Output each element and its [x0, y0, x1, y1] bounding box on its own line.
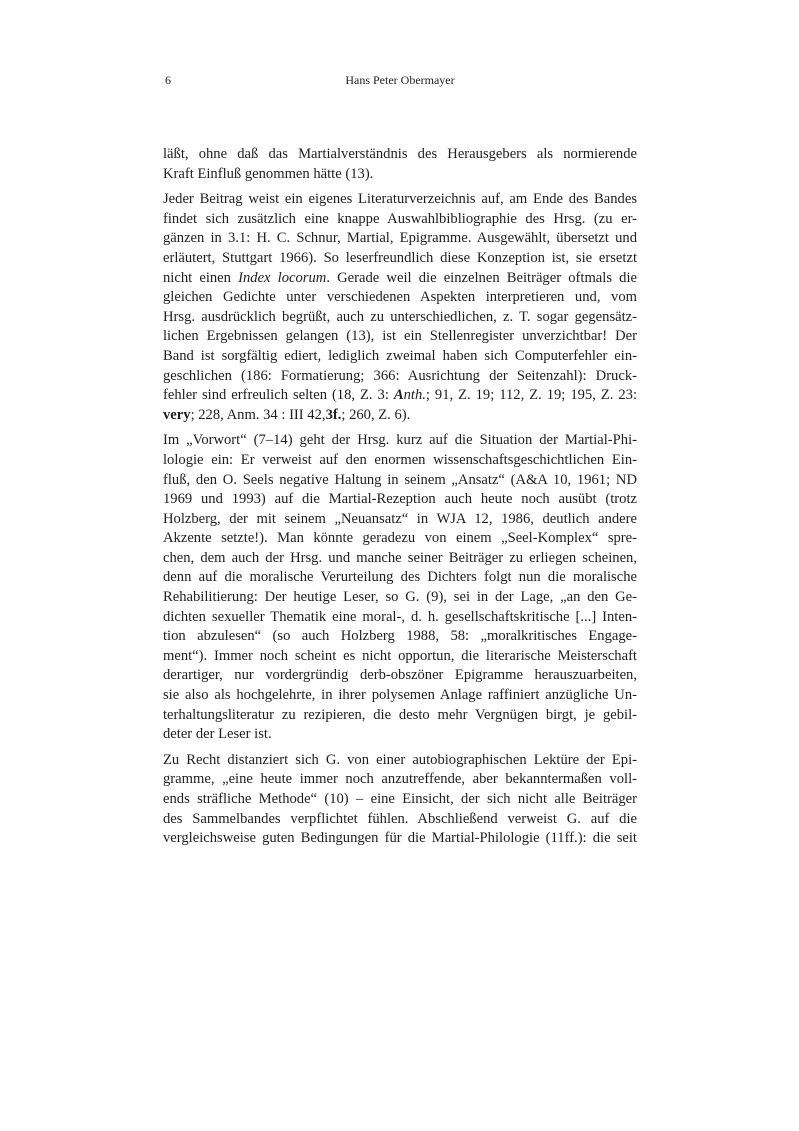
- text-line: Jeder Beitrag weist ein eigenes Literatu…: [163, 190, 637, 210]
- text-line: dichten sexueller Thematik eine moral-, …: [163, 608, 637, 628]
- text-segment: ; 91, Z. 19; 112, Z. 19; 195, Z. 23:: [426, 387, 637, 403]
- text-line: Im „Vorwort“ (7–14) geht der Hrsg. kurz …: [163, 431, 637, 451]
- text-line: Rehabilitierung: Der heutige Leser, so G…: [163, 588, 637, 608]
- text-line: 1969 und 1993) auf die Martial-Rezeption…: [163, 490, 637, 510]
- text-line: gramme, „eine heute immer noch anzutreff…: [163, 770, 637, 790]
- body-text: läßt, ohne daß das Martialverständnis de…: [163, 145, 637, 855]
- text-line: fluß, den O. Seels negative Haltung in s…: [163, 471, 637, 491]
- typo-bold-letter: A: [394, 387, 404, 403]
- text-line: derartiger, nur vordergründig derb-obszö…: [163, 666, 637, 686]
- running-header: 6 Hans Peter Obermayer: [163, 72, 637, 88]
- text-segment: nicht einen: [163, 270, 238, 286]
- text-line: Zu Recht distanziert sich G. von einer a…: [163, 751, 637, 771]
- text-line: tion abzulesen“ (so auch Holzberg 1988, …: [163, 627, 637, 647]
- text-segment: ; 260, Z. 6).: [341, 407, 410, 423]
- paragraph: Zu Recht distanziert sich G. von einer a…: [163, 751, 637, 849]
- paragraph: Jeder Beitrag weist ein eigenes Literatu…: [163, 190, 637, 425]
- text-line: Holzberg, der mit seinem „Neuansatz“ in …: [163, 510, 637, 530]
- text-line: Akzente setzte!). Man könnte geradezu vo…: [163, 529, 637, 549]
- text-line: gleichen Gedichte unter verschiedenen As…: [163, 288, 637, 308]
- typo-bold-word: very: [163, 407, 191, 423]
- running-title: Hans Peter Obermayer: [163, 72, 637, 88]
- text-line: Kraft Einfluß genommen hätte (13).: [163, 165, 637, 185]
- text-line: geschlichen (186: Formatierung; 366: Aus…: [163, 367, 637, 387]
- text-line: erläutert, Stuttgart 1966). So leserfreu…: [163, 249, 637, 269]
- text-line: läßt, ohne daß das Martialverständnis de…: [163, 145, 637, 165]
- italic-abbrev: nth.: [404, 387, 426, 403]
- paragraph: läßt, ohne daß das Martialverständnis de…: [163, 145, 637, 184]
- text-line: lichen Ergebnissen gelangen (13), ist ei…: [163, 327, 637, 347]
- text-line: des Sammelbandes verpflichtet fühlen. Ab…: [163, 810, 637, 830]
- text-line: ment“). Immer noch scheint es nicht oppo…: [163, 647, 637, 667]
- text-segment: fehler sind erfreulich selten (18, Z. 3:: [163, 387, 394, 403]
- text-line: denn auf die moralische Verurteilung des…: [163, 568, 637, 588]
- text-line: deter der Leser ist.: [163, 725, 637, 745]
- text-line: nicht einen Index locorum. Gerade weil d…: [163, 269, 637, 289]
- paragraph: Im „Vorwort“ (7–14) geht der Hrsg. kurz …: [163, 431, 637, 745]
- text-line: ends sträfliche Methode“ (10) – eine Ein…: [163, 790, 637, 810]
- text-line: fehler sind erfreulich selten (18, Z. 3:…: [163, 386, 637, 406]
- italic-title-index-locorum: Index locorum: [238, 270, 326, 286]
- text-line: gänzen in 3.1: H. C. Schnur, Martial, Ep…: [163, 229, 637, 249]
- text-line: terhaltungsliteratur zu rezipieren, die …: [163, 706, 637, 726]
- text-line: findet sich zusätzlich eine knappe Auswa…: [163, 210, 637, 230]
- text-line: lologie ein: Er verweist auf den enormen…: [163, 451, 637, 471]
- document-page: 6 Hans Peter Obermayer läßt, ohne daß da…: [0, 0, 799, 1131]
- text-segment: . Gerade weil die einzelnen Beiträger of…: [326, 270, 637, 286]
- text-line: vergleichsweise guten Bedingungen für di…: [163, 829, 637, 849]
- text-segment: ; 228, Anm. 34 : III 42,: [191, 407, 326, 423]
- text-line: chen, dem auch der Hrsg. und manche sein…: [163, 549, 637, 569]
- text-line: sie also als hochgelehrte, in ihrer poly…: [163, 686, 637, 706]
- text-line: Band ist sorgfältig ediert, lediglich zw…: [163, 347, 637, 367]
- typo-bold-word: 3f.: [326, 407, 342, 423]
- text-line: Hrsg. ausdrücklich begrüßt, auch zu unte…: [163, 308, 637, 328]
- text-line: very; 228, Anm. 34 : III 42,3f.; 260, Z.…: [163, 406, 637, 426]
